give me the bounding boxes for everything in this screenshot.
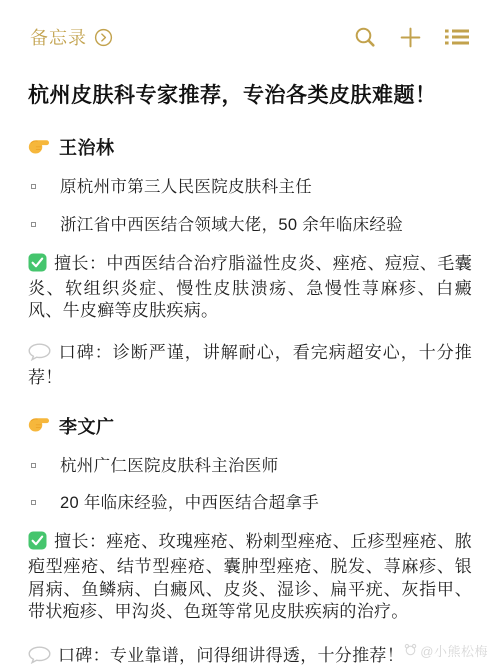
pointing-finger-icon (28, 413, 50, 438)
doctor-section-1: 王治林 原杭州市第三人民医院皮肤科主任 浙江省中西医结合领域大佬，50 余年临床… (28, 134, 472, 389)
review-text: 专业靠谱，问得细讲得透，十分推荐！ (110, 646, 404, 665)
square-bullet-icon (31, 222, 36, 227)
doctor-name-row: 王治林 (28, 134, 472, 160)
note-title: 杭州皮肤科专家推荐，专治各类皮肤难题！ (28, 83, 472, 109)
credential-text: 浙江省中西医结合领域大佬，50 余年临床经验 (60, 215, 403, 236)
doctor-name: 李文广 (59, 413, 115, 439)
header-actions (353, 25, 470, 50)
app-title-group[interactable]: 备忘录 (30, 24, 113, 50)
review-paragraph: 口碑：诊断严谨，讲解耐心，看完病超安心，十分推荐！ (28, 342, 472, 390)
credential-text: 20 年临床经验，中西医结合超拿手 (60, 493, 319, 514)
credential-row: 原杭州市第三人民医院皮肤科主任 (28, 177, 472, 198)
specialty-label: 擅长： (54, 254, 106, 273)
credential-row: 浙江省中西医结合领域大佬，50 余年临床经验 (28, 215, 472, 236)
watermark-text: @小熊松梅 (420, 641, 488, 660)
search-icon[interactable] (353, 25, 377, 49)
credential-row: 杭州广仁医院皮肤科主治医师 (28, 456, 472, 477)
chevron-circle-icon[interactable] (94, 28, 113, 47)
header-bar: 备忘录 (0, 0, 500, 50)
bear-paw-icon (404, 643, 417, 659)
list-icon[interactable] (444, 25, 470, 49)
add-icon[interactable] (398, 25, 423, 50)
square-bullet-icon (31, 463, 36, 468)
app-title: 备忘录 (30, 24, 87, 50)
credential-row: 20 年临床经验，中西医结合超拿手 (28, 493, 472, 514)
review-label: 口碑： (58, 646, 110, 665)
specialty-label: 擅长： (54, 532, 106, 551)
speech-bubble-icon (28, 646, 51, 668)
specialty-paragraph: 擅长：中西医结合治疗脂溢性皮炎、痤疮、痘痘、毛囊炎、软组织炎症、慢性皮肤溃疡、急… (28, 253, 472, 323)
credential-text: 杭州广仁医院皮肤科主治医师 (60, 456, 278, 477)
watermark: @小熊松梅 (404, 641, 488, 660)
square-bullet-icon (31, 500, 36, 505)
doctor-section-2: 李文广 杭州广仁医院皮肤科主治医师 20 年临床经验，中西医结合超拿手 擅长：痤… (28, 413, 472, 668)
specialty-paragraph: 擅长：痤疮、玫瑰痤疮、粉刺型痤疮、丘疹型痤疮、脓疱型痤疮、结节型痤疮、囊肿型痤疮… (28, 531, 472, 624)
pointing-finger-icon (28, 135, 50, 160)
review-label: 口碑： (58, 343, 113, 362)
check-box-icon (28, 253, 47, 278)
square-bullet-icon (31, 184, 36, 189)
doctor-name: 王治林 (59, 134, 115, 160)
doctor-name-row: 李文广 (28, 413, 472, 439)
credential-text: 原杭州市第三人民医院皮肤科主任 (60, 177, 312, 198)
speech-bubble-icon (28, 343, 51, 367)
check-box-icon (28, 531, 47, 556)
